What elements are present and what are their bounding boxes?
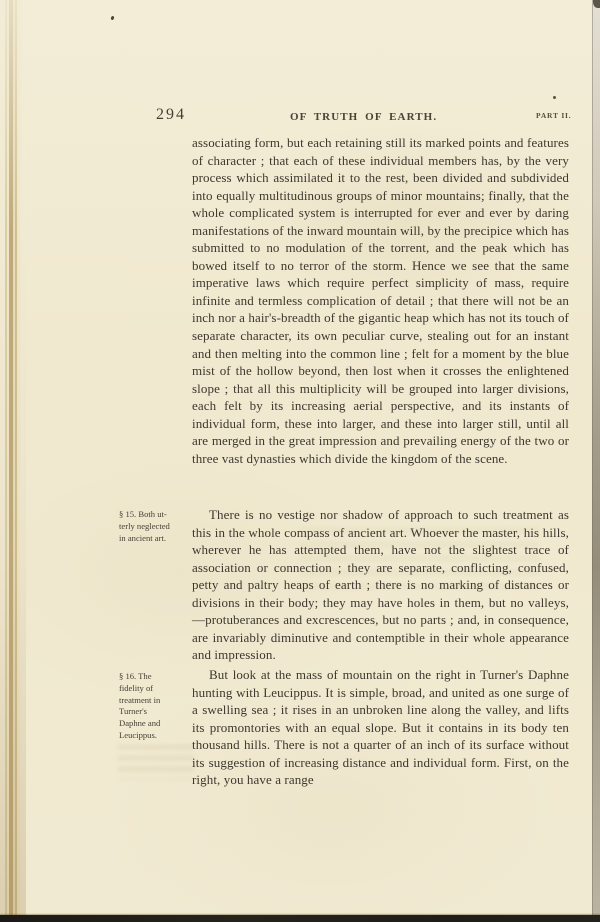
margin-note-line: § 16. The (119, 671, 191, 683)
margin-note-line: treatment in (119, 695, 191, 707)
body-paragraph-2: There is no vestige nor shadow of approa… (192, 506, 569, 664)
margin-note-line: Turner's (119, 706, 191, 718)
page-bottom-edge-shadow (0, 915, 600, 922)
page-number: 294 (156, 106, 186, 124)
margin-note-line: terly neglected (119, 521, 191, 533)
margin-note-line: in ancient art. (119, 533, 191, 545)
bleed-through-ghost (118, 745, 194, 779)
margin-note-section-16: § 16. The fidelity of treatment in Turne… (119, 671, 191, 742)
body-paragraph-1: associating form, but each retaining sti… (192, 134, 569, 467)
part-label: PART II. (536, 111, 571, 120)
margin-note-line: § 15. Both ut- (119, 509, 191, 521)
scanned-book-page: 294 OF TRUTH OF EARTH. PART II. associat… (0, 0, 600, 922)
scan-corner-mark (593, 0, 600, 8)
book-gutter-shadow (0, 0, 26, 922)
page-right-edge-shadow (592, 0, 600, 916)
body-paragraph-3: But look at the mass of mountain on the … (192, 666, 569, 789)
margin-note-section-15: § 15. Both ut- terly neglected in ancien… (119, 509, 191, 544)
margin-note-line: Daphne and (119, 718, 191, 730)
margin-note-line: fidelity of (119, 683, 191, 695)
margin-note-line: Leucippus. (119, 730, 191, 742)
ink-speck (110, 16, 114, 21)
ink-speck (553, 96, 556, 99)
running-header-title: OF TRUTH OF EARTH. (290, 111, 437, 123)
